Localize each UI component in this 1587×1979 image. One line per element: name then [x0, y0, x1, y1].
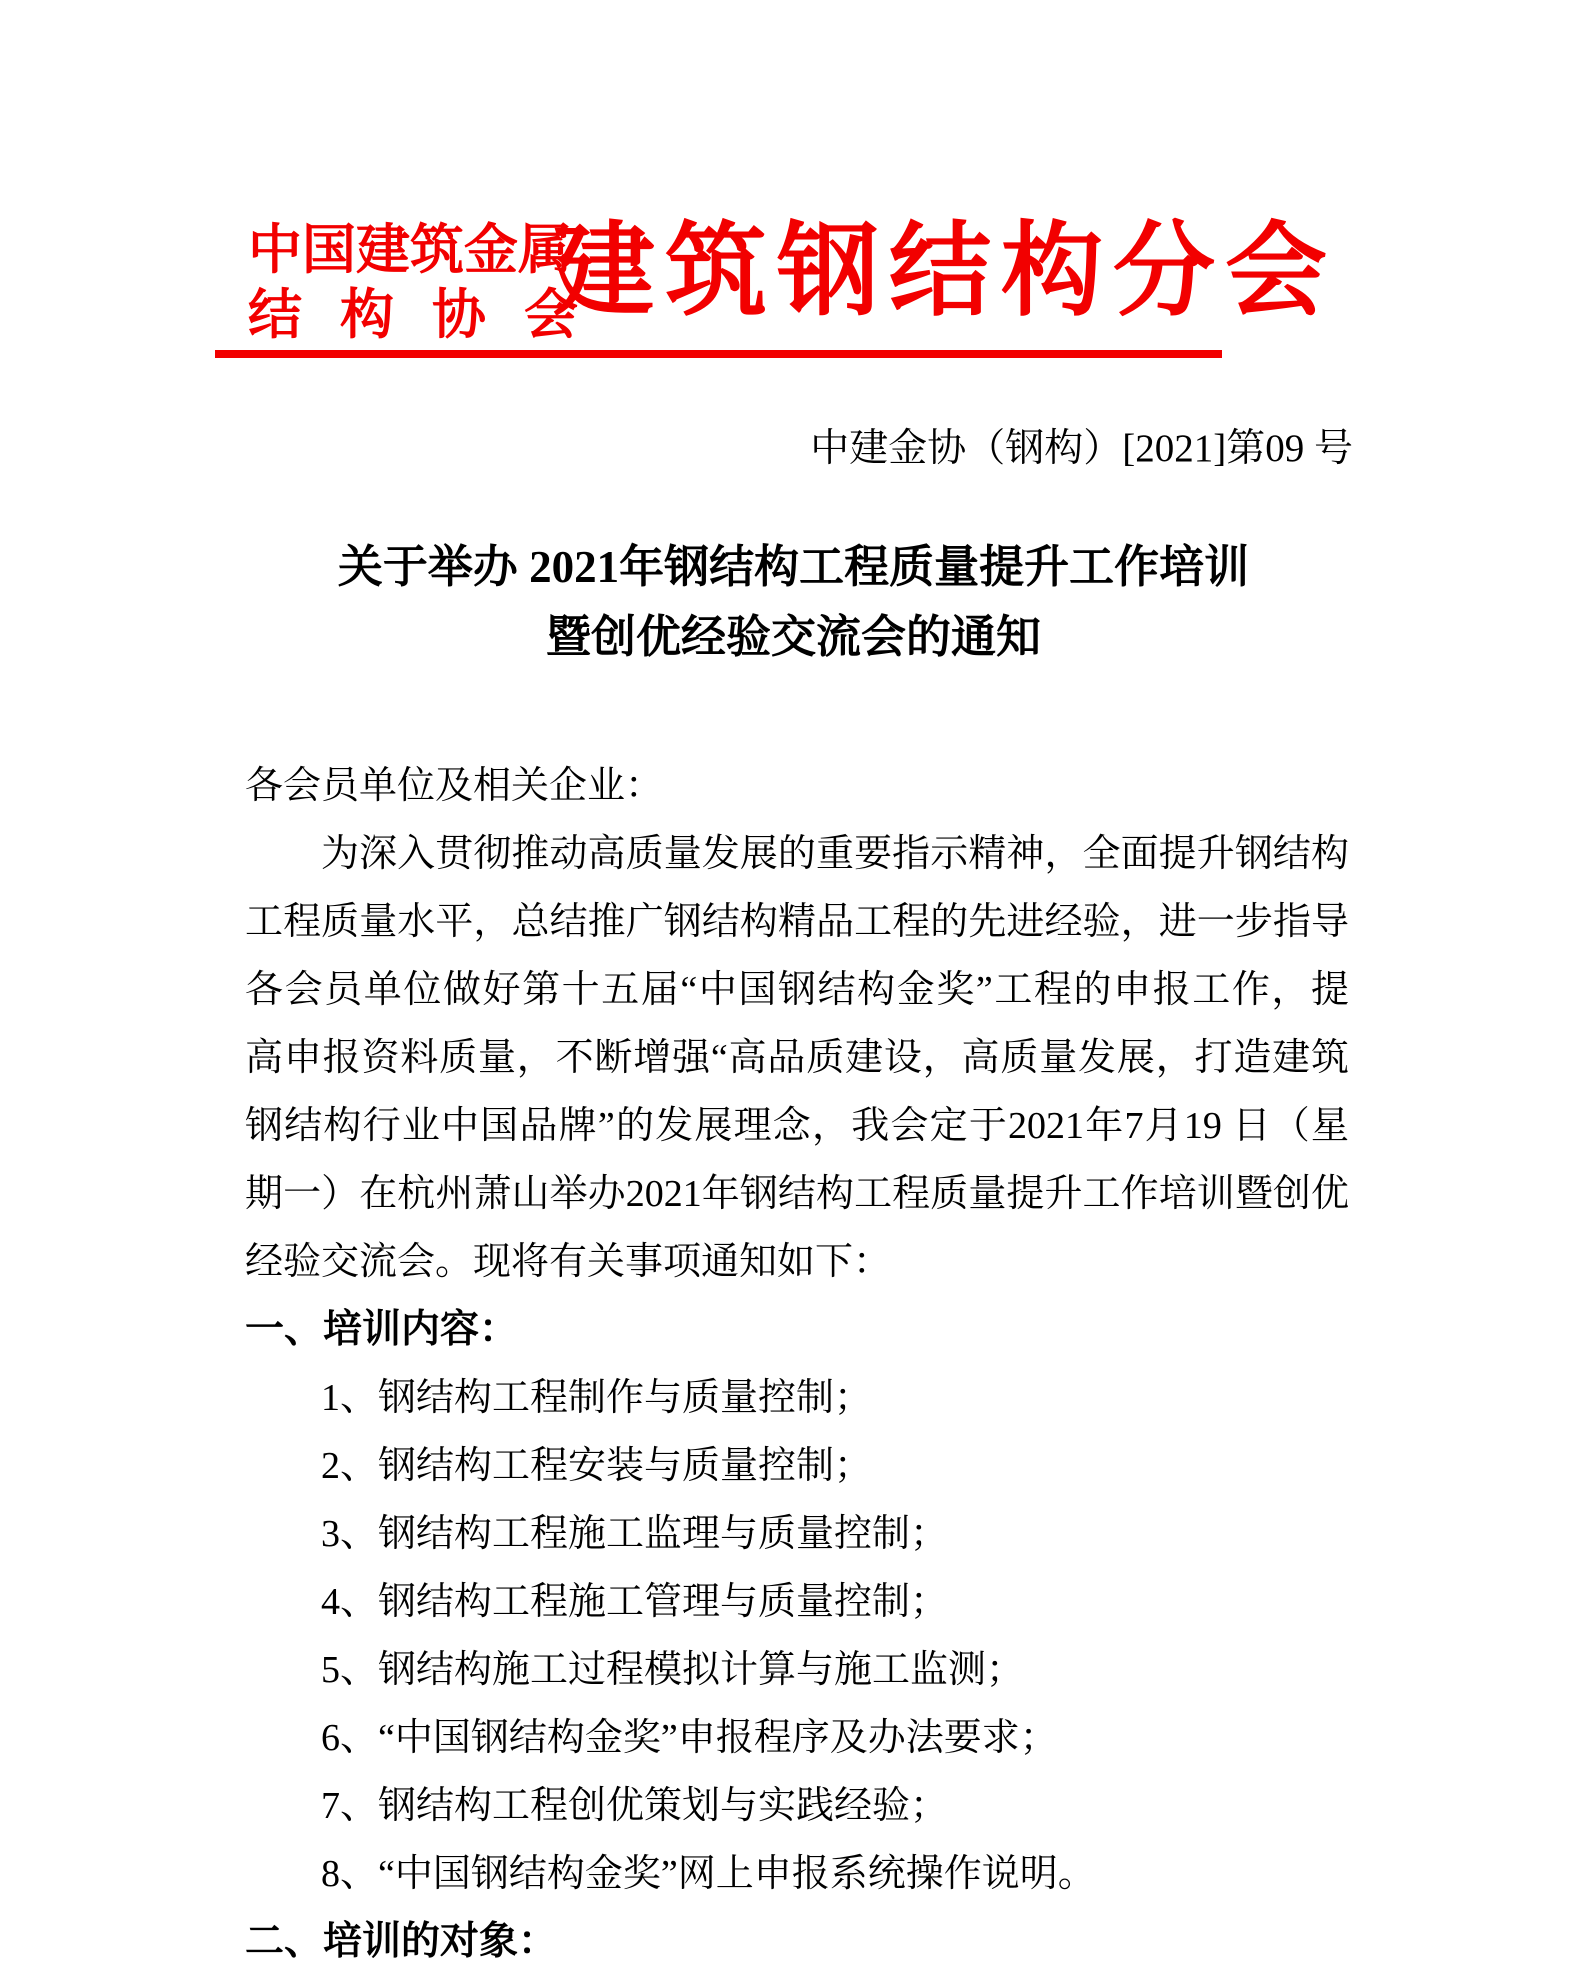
list-item: 1、钢结构工程制作与质量控制； [245, 1364, 1349, 1432]
intro-paragraph-line: 经验交流会。现将有关事项通知如下： [245, 1228, 1349, 1296]
intro-paragraph-line: 钢结构行业中国品牌”的发展理念，我会定于2021年7月19 日（星 [245, 1092, 1349, 1160]
org-name-char: 结 [248, 283, 302, 348]
salutation: 各会员单位及相关企业： [245, 752, 1349, 820]
section1-heading: 一、培训内容： [245, 1296, 1349, 1364]
intro-paragraph-line: 工程质量水平，总结推广钢结构精品工程的先进经验，进一步指导 [245, 888, 1349, 956]
document-title: 关于举办 2021年钢结构工程质量提升工作培训 暨创优经验交流会的通知 [0, 532, 1587, 672]
document-body: 各会员单位及相关企业： 为深入贯彻推动高质量发展的重要指示精神，全面提升钢结构 … [245, 752, 1349, 1976]
org-name-char: 构 [340, 283, 394, 348]
training-items-list: 1、钢结构工程制作与质量控制； 2、钢结构工程安装与质量控制； 3、钢结构工程施… [245, 1364, 1349, 1908]
list-item: 7、钢结构工程创优策划与实践经验； [245, 1772, 1349, 1840]
intro-paragraph-line: 各会员单位做好第十五届“中国钢结构金奖”工程的申报工作，提 [245, 956, 1349, 1024]
org-name-line1: 中国建筑金属 [248, 218, 578, 283]
letterhead-divider [215, 350, 1222, 358]
document-title-line1: 关于举办 2021年钢结构工程质量提升工作培训 [0, 532, 1587, 602]
list-item: 4、钢结构工程施工管理与质量控制； [245, 1568, 1349, 1636]
org-name-line2: 结 构 协 会 [248, 283, 578, 348]
list-item: 6、“中国钢结构金奖”申报程序及办法要求； [245, 1704, 1349, 1772]
org-name: 中国建筑金属 结 构 协 会 [248, 218, 578, 348]
intro-paragraph-line: 期一）在杭州萧山举办2021年钢结构工程质量提升工作培训暨创优 [245, 1160, 1349, 1228]
list-item: 8、“中国钢结构金奖”网上申报系统操作说明。 [245, 1840, 1349, 1908]
document-page: 中国建筑金属 结 构 协 会 建筑钢结构分会 中建金协（钢构）[2021]第09… [0, 0, 1587, 1979]
intro-paragraph-line: 为深入贯彻推动高质量发展的重要指示精神，全面提升钢结构 [245, 820, 1349, 888]
intro-paragraph-line: 高申报资料质量，不断增强“高品质建设，高质量发展，打造建筑 [245, 1024, 1349, 1092]
document-title-line2: 暨创优经验交流会的通知 [0, 602, 1587, 672]
branch-name: 建筑钢结构分会 [553, 220, 1337, 325]
list-item: 3、钢结构工程施工监理与质量控制； [245, 1500, 1349, 1568]
list-item: 5、钢结构施工过程模拟计算与施工监测； [245, 1636, 1349, 1704]
org-name-char: 协 [432, 283, 486, 348]
list-item: 2、钢结构工程安装与质量控制； [245, 1432, 1349, 1500]
document-number: 中建金协（钢构）[2021]第09 号 [810, 424, 1353, 474]
section2-heading: 二、培训的对象： [245, 1908, 1349, 1976]
intro-paragraph: 为深入贯彻推动高质量发展的重要指示精神，全面提升钢结构 工程质量水平，总结推广钢… [245, 820, 1349, 1296]
